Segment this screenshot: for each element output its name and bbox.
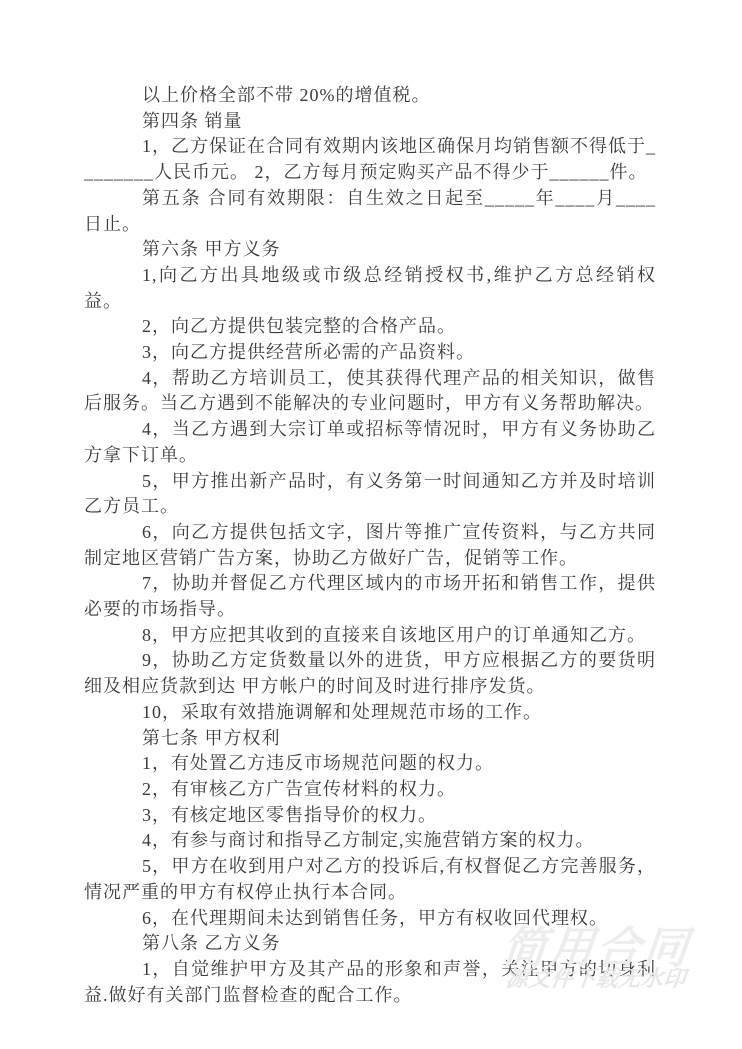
contract-paragraph: 9，协助乙方定货数量以外的进货，甲方应根据乙方的要货明细及相应货款到达 甲方帐户… xyxy=(84,648,656,699)
contract-heading-article-4: 第四条 销量 xyxy=(84,109,656,135)
contract-paragraph: 4，帮助乙方培训员工，使其获得代理产品的相关知识，做售后服务。当乙方遇到不能解决… xyxy=(84,366,656,417)
contract-paragraph: 4，当乙方遇到大宗订单或招标等情况时，甲方有义务协助乙方拿下订单。 xyxy=(84,417,656,468)
contract-paragraph-price-note: 以上价格全部不带 20%的增值税。 xyxy=(84,83,656,109)
contract-paragraph: 8，甲方应把其收到的直接来自该地区用户的订单通知乙方。 xyxy=(84,623,656,649)
contract-paragraph: 3，有核定地区零售指导价的权力。 xyxy=(84,803,656,829)
contract-page: 以上价格全部不带 20%的增值税。 第四条 销量 1，乙方保证在合同有效期内该地… xyxy=(0,0,742,1049)
contract-heading-article-7: 第七条 甲方权利 xyxy=(84,726,656,752)
contract-paragraph: 1，有处置乙方违反市场规范问题的权力。 xyxy=(84,751,656,777)
contract-heading-article-5: 第五条 合同有效期限：自生效之日起至_____年____月____日止。 xyxy=(84,186,656,237)
contract-paragraph: 3，向乙方提供经营所必需的产品资料。 xyxy=(84,340,656,366)
contract-body: 以上价格全部不带 20%的增值税。 第四条 销量 1，乙方保证在合同有效期内该地… xyxy=(84,83,656,1008)
contract-paragraph: 2，有审核乙方广告宣传材料的权力。 xyxy=(84,777,656,803)
contract-paragraph: 6，向乙方提供包括文字，图片等推广宣传资料，与乙方共同制定地区营销广告方案，协助… xyxy=(84,520,656,571)
contract-paragraph: 2，向乙方提供包装完整的合格产品。 xyxy=(84,314,656,340)
contract-paragraph: 7，协助并督促乙方代理区域内的市场开拓和销售工作，提供必要的市场指导。 xyxy=(84,571,656,622)
contract-heading-article-6: 第六条 甲方义务 xyxy=(84,237,656,263)
contract-paragraph: 1，乙方保证在合同有效期内该地区确保月均销售额不得低于________人民币元。… xyxy=(84,134,656,185)
contract-paragraph: 5，甲方推出新产品时，有义务第一时间通知乙方并及时培训乙方员工。 xyxy=(84,469,656,520)
contract-paragraph: 1,向乙方出具地级或市级总经销授权书,维护乙方总经销权益。 xyxy=(84,263,656,314)
contract-paragraph: 10，采取有效措施调解和处理规范市场的工作。 xyxy=(84,700,656,726)
watermark-tagline-text: 源文件下载无水印 xyxy=(504,962,687,993)
contract-paragraph: 5，甲方在收到用户对乙方的投诉后,有权督促乙方完善服务，情况严重的甲方有权停止执… xyxy=(84,854,656,905)
contract-paragraph: 4，有参与商讨和指导乙方制定,实施营销方案的权力。 xyxy=(84,828,656,854)
